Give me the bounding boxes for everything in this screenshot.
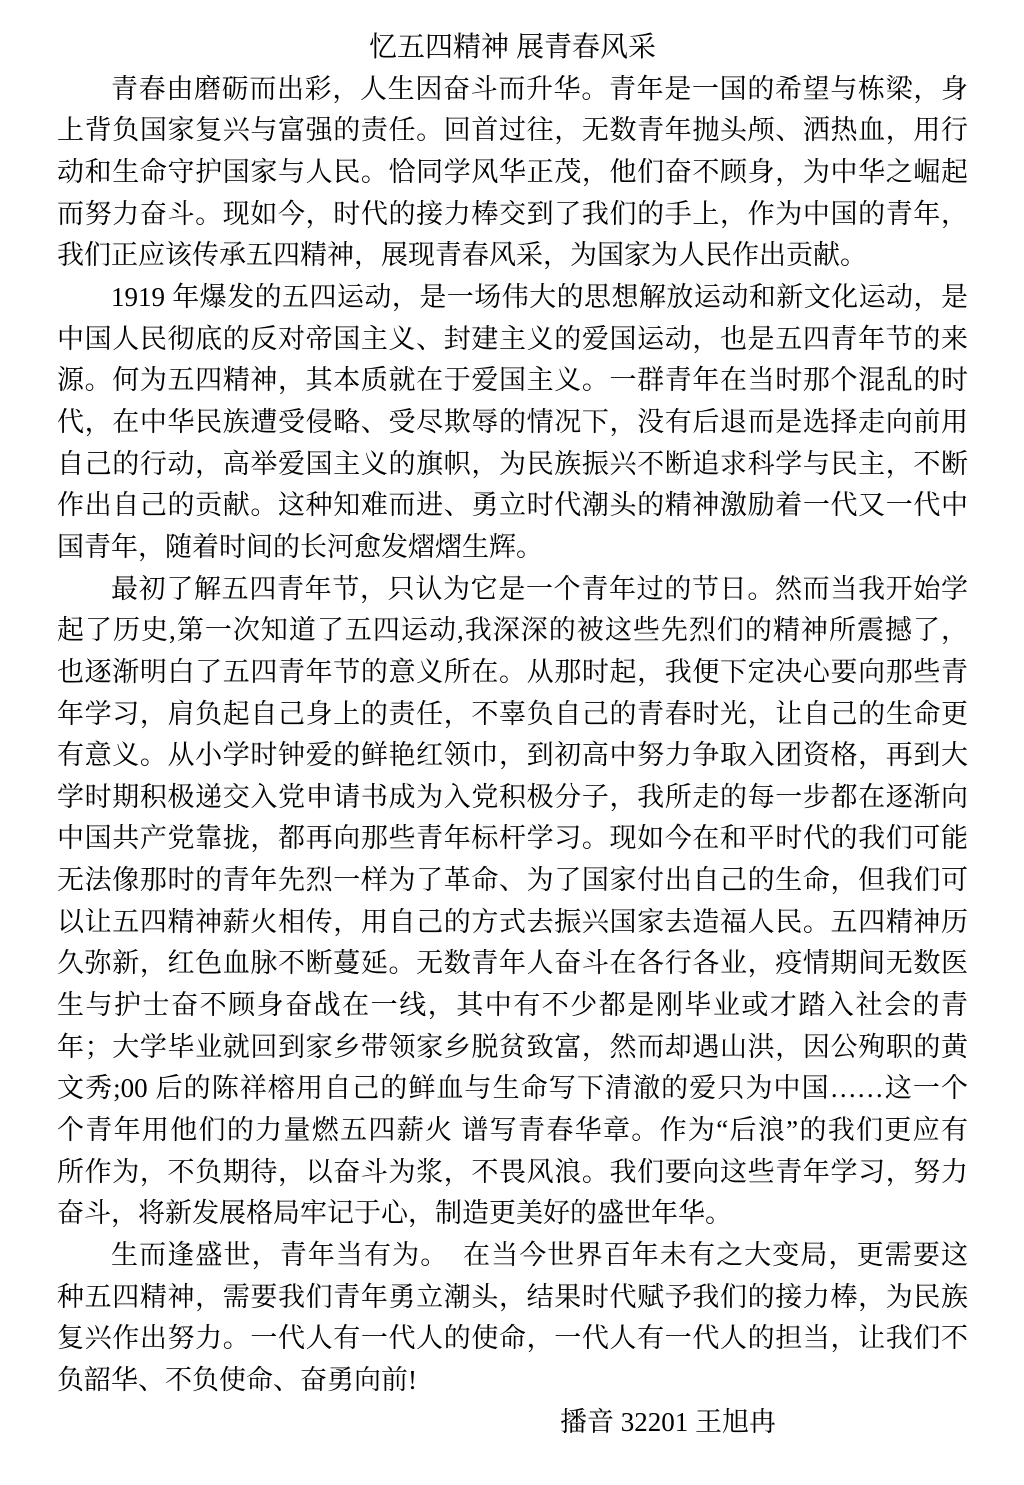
text-line: 无法像那时的青年先烈一样为了革命、为了国家付出自己的生命，但我们可: [57, 860, 968, 902]
text-line: 文秀;00 后的陈祥榕用自己的鲜血与生命写下清澈的爱只为中国……这一个: [57, 1068, 968, 1110]
text-line: 源。何为五四精神，其本质就在于爱国主义。一群青年在当时那个混乱的时: [57, 360, 968, 402]
text-line: 生而逢盛世，青年当有为。 在当今世界百年未有之大变局，更需要这: [57, 1235, 968, 1277]
text-line: 中国人民彻底的反对帝国主义、封建主义的爱国运动，也是五四青年节的来: [57, 319, 968, 361]
text-line: 以让五四精神薪火相传，用自己的方式去振兴国家去造福人民。五四精神历: [57, 902, 968, 944]
text-line: 作出自己的贡献。这种知难而进、勇立时代潮头的精神激励着一代又一代中: [57, 485, 968, 527]
text-line: 青春由磨砺而出彩，人生因奋斗而升华。青年是一国的希望与栋梁，身: [57, 69, 968, 111]
text-line: 代，在中华民族遭受侵略、受尽欺辱的情况下，没有后退而是选择走向前用: [57, 402, 968, 444]
text-line: 上背负国家复兴与富强的责任。回首过往，无数青年抛头颅、洒热血，用行: [57, 110, 968, 152]
text-line: 复兴作出努力。一代人有一代人的使命，一代人有一代人的担当，让我们不: [57, 1318, 968, 1360]
text-line: 所作为，不负期待，以奋斗为浆，不畏风浪。我们要向这些青年学习，努力: [57, 1152, 968, 1194]
text-line: 年；大学毕业就回到家乡带领家乡脱贫致富，然而却遇山洪，因公殉职的黄: [57, 1027, 968, 1069]
text-line: 起了历史,第一次知道了五四运动,我深深的被这些先烈们的精神所震撼了，: [57, 610, 968, 652]
text-line: 学时期积极递交入党申请书成为入党积极分子，我所走的每一步都在逐渐向: [57, 777, 968, 819]
text-line: 奋斗，将新发展格局牢记于心，制造更美好的盛世年华。: [57, 1193, 968, 1235]
document-title: 忆五四精神 展青春风采: [57, 27, 968, 69]
text-line: 我们正应该传承五四精神，展现青春风采，为国家为人民作出贡献。: [57, 235, 968, 277]
text-line: 年学习，肩负起自己身上的责任，不辜负自己的青春时光，让自己的生命更: [57, 694, 968, 736]
text-line: 有意义。从小学时钟爱的鲜艳红领巾，到初高中努力争取入团资格，再到大: [57, 735, 968, 777]
paragraph: 1919 年爆发的五四运动，是一场伟大的思想解放运动和新文化运动，是中国人民彻底…: [57, 277, 968, 569]
text-line: 国青年，随着时间的长河愈发熠熠生辉。: [57, 527, 968, 569]
signature-line: 播音 32201 王旭冉: [560, 1402, 968, 1444]
text-line: 也逐渐明白了五四青年节的意义所在。从那时起，我便下定决心要向那些青: [57, 652, 968, 694]
text-line: 久弥新，红色血脉不断蔓延。无数青年人奋斗在各行各业，疫情期间无数医: [57, 943, 968, 985]
text-line: 最初了解五四青年节，只认为它是一个青年过的节日。然而当我开始学: [57, 569, 968, 611]
paragraph: 青春由磨砺而出彩，人生因奋斗而升华。青年是一国的希望与栋梁，身上背负国家复兴与富…: [57, 69, 968, 277]
text-line: 生与护士奋不顾身奋战在一线，其中有不少都是刚毕业或才踏入社会的青: [57, 985, 968, 1027]
text-line: 动和生命守护国家与人民。恰同学风华正茂，他们奋不顾身，为中华之崛起: [57, 152, 968, 194]
text-line: 种五四精神，需要我们青年勇立潮头，结果时代赋予我们的接力棒，为民族: [57, 1277, 968, 1319]
text-line: 个青年用他们的力量燃五四薪火 谱写青春华章。作为“后浪”的我们更应有: [57, 1110, 968, 1152]
text-line: 负韶华、不负使命、奋勇向前!: [57, 1360, 968, 1402]
text-line: 1919 年爆发的五四运动，是一场伟大的思想解放运动和新文化运动，是: [57, 277, 968, 319]
paragraph: 最初了解五四青年节，只认为它是一个青年过的节日。然而当我开始学起了历史,第一次知…: [57, 569, 968, 1236]
text-line: 中国共产党靠拢，都再向那些青年标杆学习。现如今在和平时代的我们可能: [57, 818, 968, 860]
document-body: 青春由磨砺而出彩，人生因奋斗而升华。青年是一国的希望与栋梁，身上背负国家复兴与富…: [57, 69, 968, 1402]
document-page: 忆五四精神 展青春风采 青春由磨砺而出彩，人生因奋斗而升华。青年是一国的希望与栋…: [0, 0, 1024, 1485]
text-line: 自己的行动，高举爱国主义的旗帜，为民族振兴不断追求科学与民主，不断: [57, 444, 968, 486]
paragraph: 生而逢盛世，青年当有为。 在当今世界百年未有之大变局，更需要这种五四精神，需要我…: [57, 1235, 968, 1402]
text-line: 而努力奋斗。现如今，时代的接力棒交到了我们的手上，作为中国的青年，: [57, 194, 968, 236]
